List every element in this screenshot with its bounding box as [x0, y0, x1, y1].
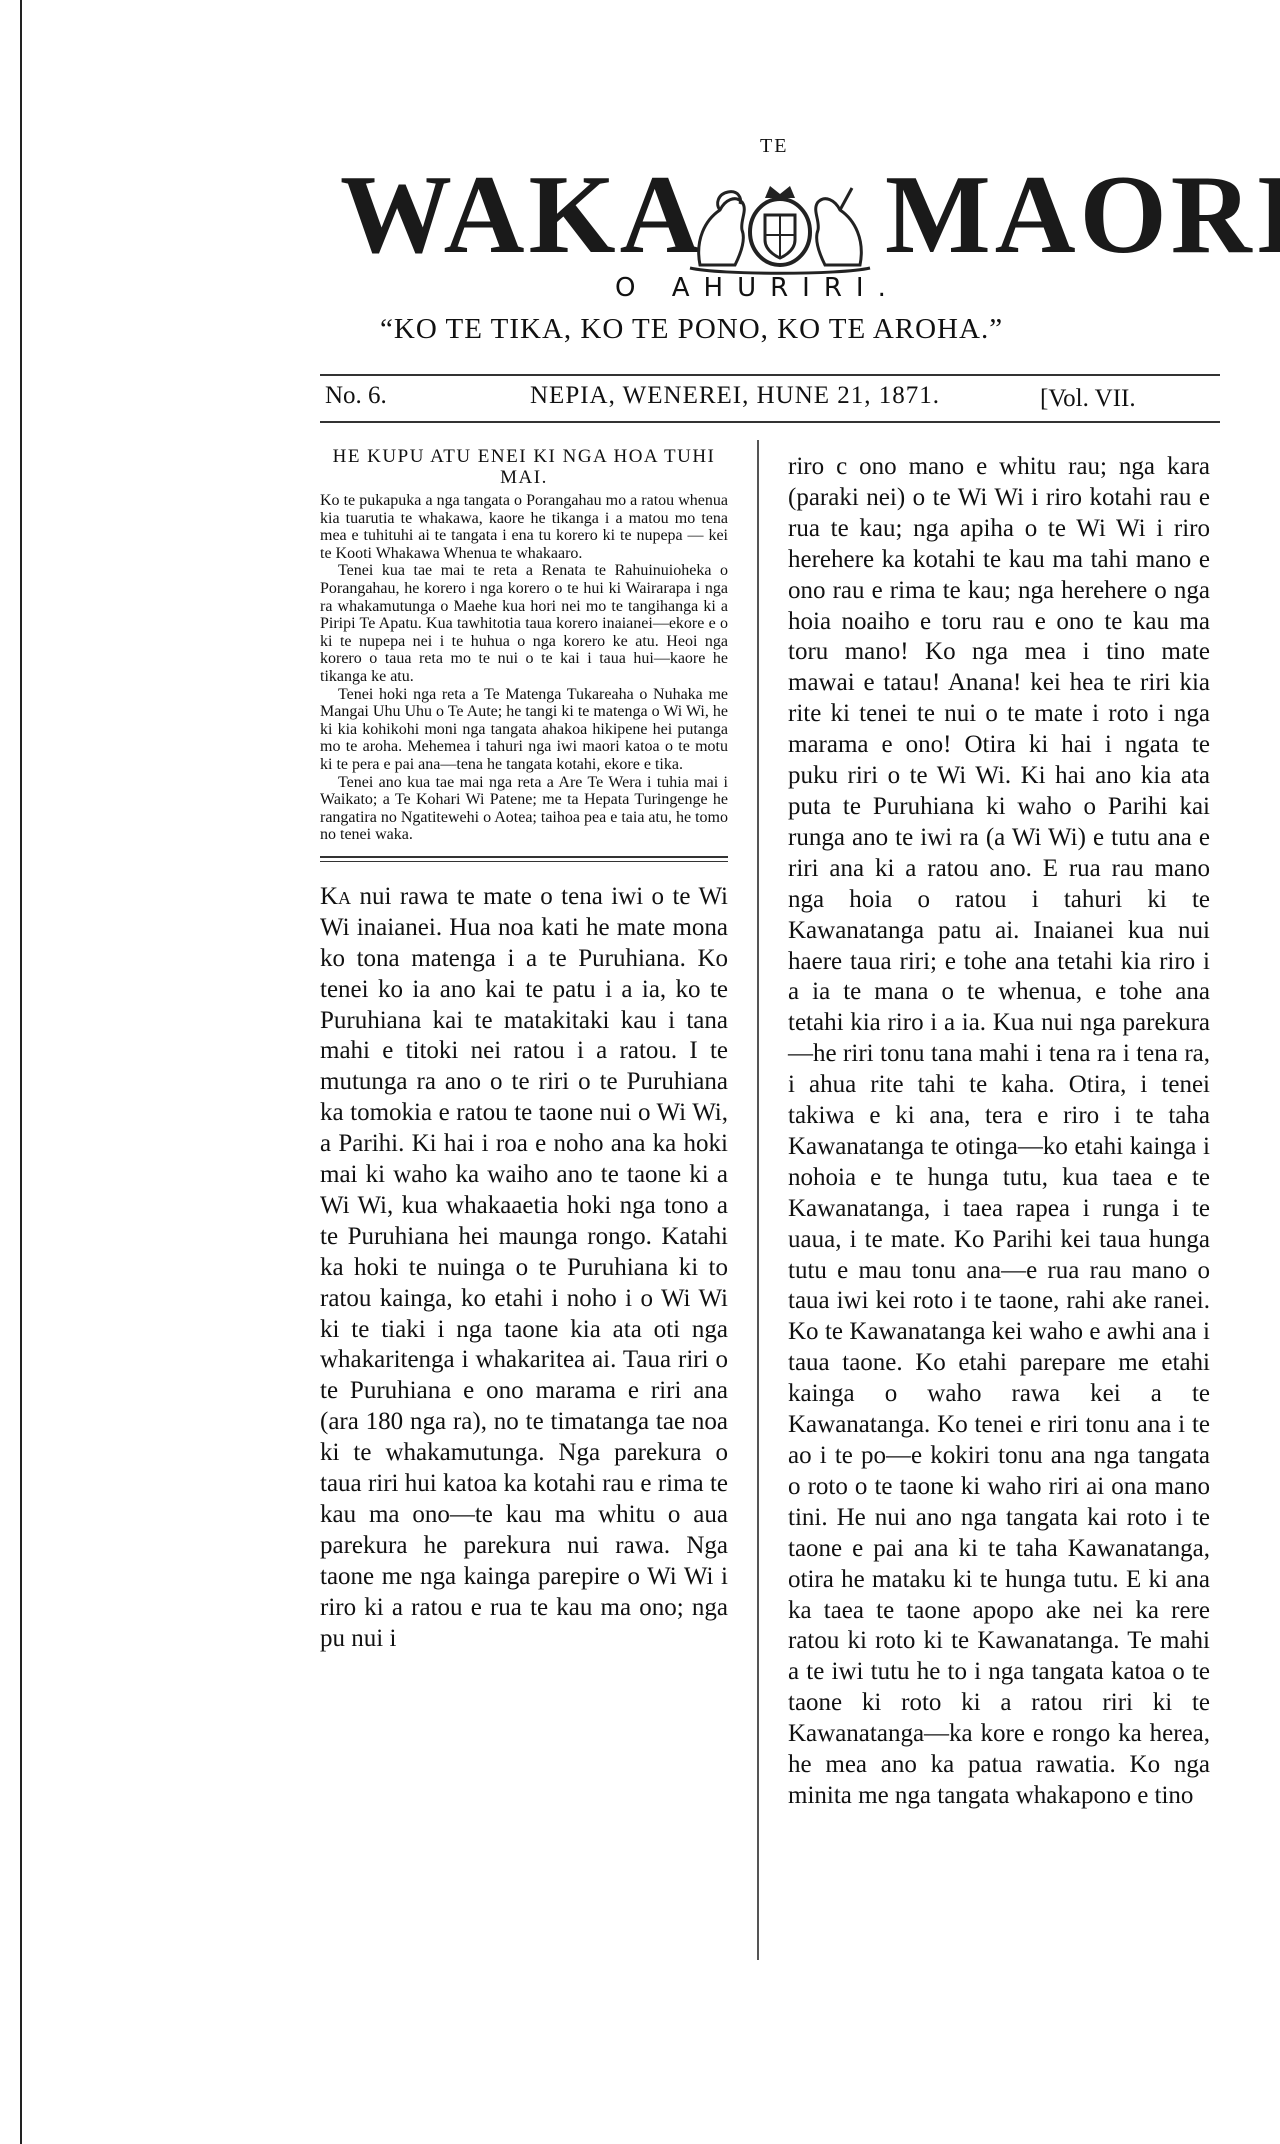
masthead-title: WAKA MAORI — [340, 155, 1220, 275]
masthead-title-right: MAORI — [885, 155, 1280, 275]
bottom-rule — [320, 421, 1220, 423]
notice-paragraph: Tenei ano kua tae mai nga reta a Are Te … — [320, 774, 728, 844]
article-text-left: nui rawa te mate o tena iwi o te Wi Wi i… — [320, 883, 728, 1652]
notice-heading: HE KUPU ATU ENEI KI NGA HOA TUHI MAI. — [320, 446, 728, 488]
left-column: HE KUPU ATU ENEI KI NGA HOA TUHI MAI. Ko… — [320, 446, 728, 1655]
article-body-left: Ka nui rawa te mate o tena iwi o te Wi W… — [320, 882, 728, 1655]
section-separator-thin — [320, 861, 728, 862]
issue-place-date: NEPIA, WENEREI, HUNE 21, 1871. — [530, 382, 940, 410]
notice-paragraph: Tenei kua tae mai te reta a Renata te Ra… — [320, 562, 728, 685]
masthead-subtitle: O AHURIRI. — [615, 273, 900, 303]
column-divider — [757, 440, 759, 1960]
notice-paragraph: Tenei hoki nga reta a Te Matenga Tukarea… — [320, 686, 728, 774]
issue-bar: No. 6. NEPIA, WENEREI, HUNE 21, 1871. [V… — [320, 380, 1220, 416]
notice-paragraph: Ko te pukapuka a nga tangata o Porangaha… — [320, 492, 728, 562]
masthead-title-left: WAKA — [340, 155, 704, 275]
article-body-right: riro c ono mano e whitu rau; nga kara (p… — [788, 452, 1210, 1812]
masthead-motto: “KO TE TIKA, KO TE PONO, KO TE AROHA.” — [380, 313, 1003, 346]
right-column: riro c ono mano e whitu rau; nga kara (p… — [788, 452, 1210, 1812]
issue-volume: [Vol. VII. — [1040, 385, 1136, 413]
issue-number: No. 6. — [325, 382, 387, 410]
top-rule — [320, 374, 1220, 376]
newspaper-page: TE WAKA MAORI O AHURIRI. “KO TE TIKA, KO… — [0, 0, 1280, 2144]
section-separator — [320, 856, 728, 858]
royal-coat-of-arms-icon — [680, 180, 880, 275]
article-dropcap: Ka — [320, 883, 351, 910]
scan-edge-line — [20, 0, 22, 2144]
